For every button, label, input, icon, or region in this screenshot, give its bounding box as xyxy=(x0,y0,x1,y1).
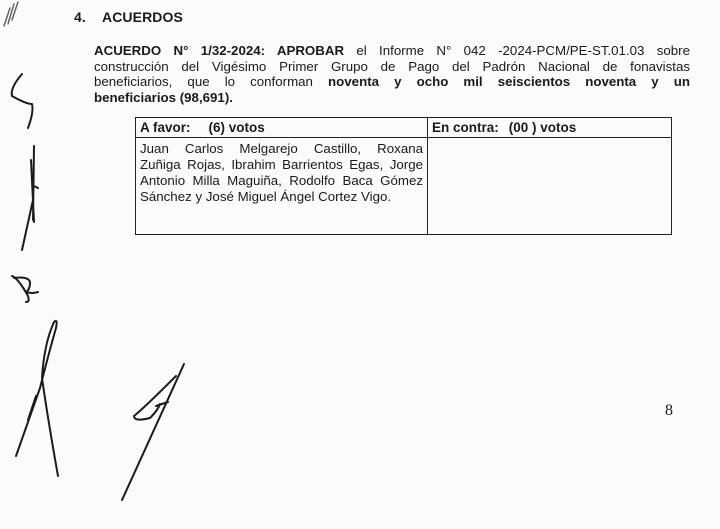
agreement-line: ACUERDO N° 1/32-2024: APROBAR el Informe… xyxy=(94,43,690,59)
voter-names-line: Sánchez y José Miguel Ángel Cortez Vigo. xyxy=(140,189,423,205)
votes-contra-names xyxy=(428,138,671,141)
signature-icon xyxy=(16,321,58,476)
signature-icon xyxy=(4,2,18,26)
section-title: ACUERDOS xyxy=(102,9,183,25)
voter-names-line: Antonio Milla Maguiña, Rodolfo Baca Góme… xyxy=(140,173,423,189)
signature-icon xyxy=(12,276,38,302)
signature-icon xyxy=(22,146,38,250)
agreement-line: beneficiarios (98,691). xyxy=(94,90,690,106)
votes-favor-column: A favor:(6) votos Juan Carlos Melgarejo … xyxy=(136,118,428,234)
agreement-line: construcción del Vigésimo Primer Grupo d… xyxy=(94,59,690,75)
section-heading: 4.ACUERDOS xyxy=(74,9,183,25)
votes-favor-names: Juan Carlos Melgarejo Castillo, Roxana Z… xyxy=(136,138,427,205)
section-number: 4. xyxy=(74,9,102,25)
votes-favor-header: A favor:(6) votos xyxy=(136,118,427,138)
signature-icon xyxy=(122,364,184,500)
agreement-paragraph: ACUERDO N° 1/32-2024: APROBAR el Informe… xyxy=(94,43,690,105)
agreement-line: beneficiarios, que lo conforman noventa … xyxy=(94,74,690,90)
votes-table: A favor:(6) votos Juan Carlos Melgarejo … xyxy=(135,117,672,235)
votes-contra-column: En contra:(00 ) votos xyxy=(428,118,671,234)
document-page: 4.ACUERDOS ACUERDO N° 1/32-2024: APROBAR… xyxy=(0,0,720,529)
voter-names-line: Zuñiga Rojas, Ibrahim Barrientos Egas, J… xyxy=(140,157,423,173)
signature-icon xyxy=(12,74,33,128)
votes-contra-header: En contra:(00 ) votos xyxy=(428,118,671,138)
voter-names-line: Juan Carlos Melgarejo Castillo, Roxana xyxy=(140,141,423,157)
page-number: 8 xyxy=(665,402,673,420)
